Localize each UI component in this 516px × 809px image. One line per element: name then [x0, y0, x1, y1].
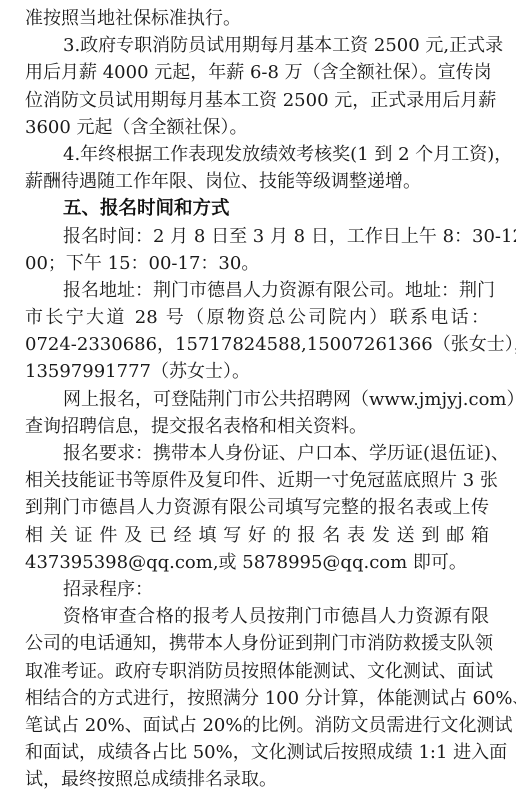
text-line: 相关证件及已经填写好的报名表发送到邮箱 — [25, 522, 489, 549]
text-line: 3.政府专职消防员试用期每月基本工资 2500 元,正式录 — [25, 32, 489, 59]
text-line: 相关技能证书等原件及复印件、近期一寸免冠蓝底照片 3 张 — [25, 467, 489, 494]
text-line: 试，最终按照总成绩排名录取。 — [25, 766, 489, 793]
text-line: 用后月薪 4000 元起，年薪 6-8 万（含全额社保）。宣传岗 — [25, 59, 489, 86]
text-line: 到荆门市德昌人力资源有限公司填写完整的报名表或上传 — [25, 494, 489, 521]
text-line: 报名要求：携带本人身份证、户口本、学历证(退伍证)、 — [25, 440, 489, 467]
text-line: 437395398@qq.com,或 5878995@qq.com 即可。 — [25, 549, 489, 576]
text-line: 4.年终根据工作表现发放绩效考核奖(1 到 2 个月工资)， — [25, 141, 489, 168]
text-line: 相结合的方式进行，按照满分 100 分计算，体能测试占 60%、 — [25, 685, 489, 712]
text-line: 和面试，成绩各占比 50%，文化测试后按照成绩 1:1 进入面 — [25, 739, 489, 766]
text-line: 查询招聘信息，提交报名表格和相关资料。 — [25, 413, 489, 440]
text-line: 取准考证。政府专职消防员按照体能测试、文化测试、面试 — [25, 658, 489, 685]
document-body: 准按照当地社保标准执行。 3.政府专职消防员试用期每月基本工资 2500 元,正… — [25, 5, 489, 793]
text-line: 13597991777（苏女士）。 — [25, 358, 489, 385]
section-heading: 五、报名时间和方式 — [25, 195, 489, 222]
text-line: 招录程序： — [25, 576, 489, 603]
text-line: 准按照当地社保标准执行。 — [25, 5, 489, 32]
text-line: 位消防文员试用期每月基本工资 2500 元，正式录用后月薪 — [25, 87, 489, 114]
text-line: 报名时间：2 月 8 日至 3 月 8 日，工作日上午 8：30-12： — [25, 223, 489, 250]
text-line: 公司的电话通知，携带本人身份证到荆门市消防救援支队领 — [25, 630, 489, 657]
text-line: 0724-2330686，15717824588,15007261366（张女士… — [25, 331, 489, 358]
text-line: 市长宁大道 28 号（原物资总公司院内）联系电话： — [25, 304, 489, 331]
text-line: 报名地址：荆门市德昌人力资源有限公司。地址：荆门 — [25, 277, 489, 304]
text-line: 00；下午 15：00-17：30。 — [25, 250, 489, 277]
text-line: 笔试占 20%、面试占 20%的比例。消防文员需进行文化测试 — [25, 712, 489, 739]
text-line: 资格审查合格的报考人员按荆门市德昌人力资源有限 — [25, 603, 489, 630]
text-line: 3600 元起（含全额社保）。 — [25, 114, 489, 141]
text-line: 薪酬待遇随工作年限、岗位、技能等级调整递增。 — [25, 168, 489, 195]
text-line: 网上报名，可登陆荆门市公共招聘网（www.jmjyj.com）， — [25, 386, 489, 413]
